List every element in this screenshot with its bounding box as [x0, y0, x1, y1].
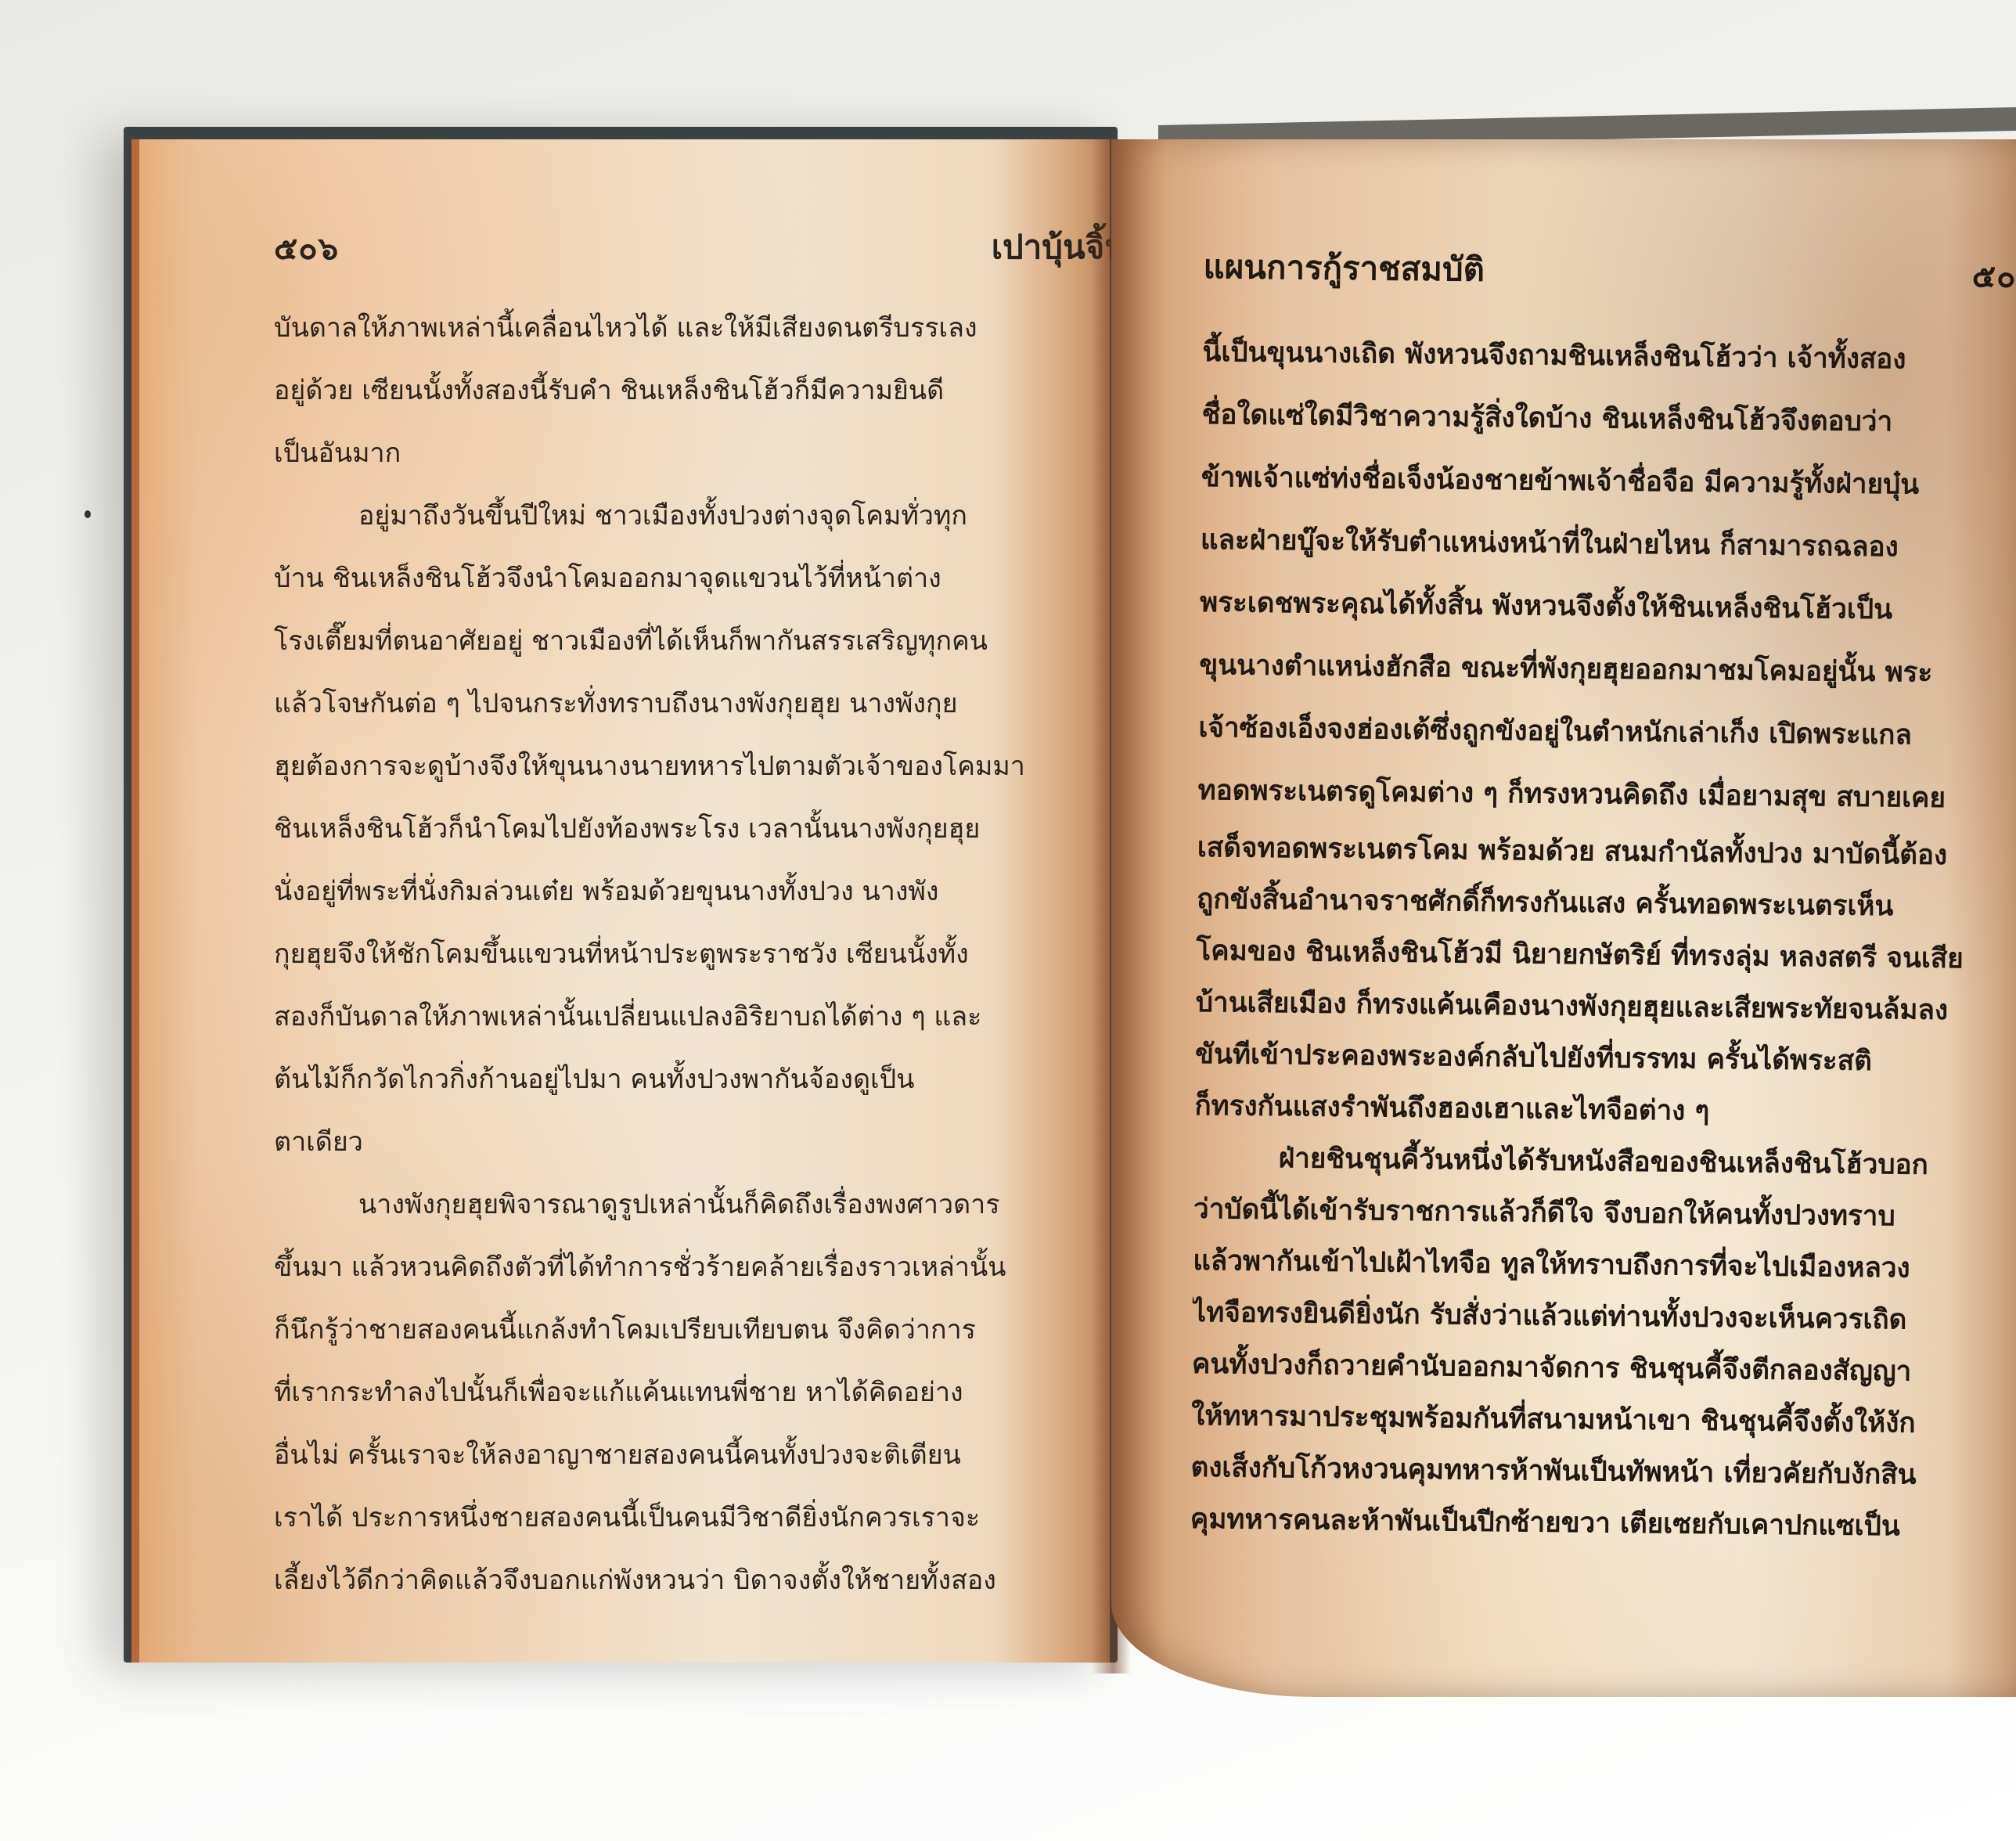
text-line: ต้นไม้ก็กวัดไกวกิ่งก้านอยู่ไปมา คนทั้งปว…: [274, 1048, 1127, 1111]
text-line: เราได้ ประการหนึ่งชายสองคนนี้เป็นคนมีวิช…: [274, 1486, 1127, 1549]
page-number: ๕๐๗: [1971, 250, 2016, 301]
paragraph-start-line: นางพังกุยฮุยพิจารณาดูรูปเหล่านั้นก็คิดถึ…: [274, 1173, 1127, 1236]
paragraph-start-line: ฝ่ายชินชุนคี้วันหนึ่งได้รับหนังสือของชิน…: [1193, 1132, 2016, 1192]
text-line: สองก็บันดาลให้ภาพเหล่านั้นเปลี่ยนแปลงอิร…: [274, 985, 1127, 1048]
text-line: คนทั้งปวงก็ถวายคำนับออกมาจัดการ ชินชุนคี…: [1192, 1338, 2016, 1399]
text-line: อยู่ด้วย เซียนนั้งทั้งสองนี้รับคำ ชินเหล…: [274, 359, 1127, 422]
text-line: ว่าบัดนี้ได้เข้ารับราชการแล้วก็ดีใจ จึงบ…: [1193, 1183, 2016, 1244]
text-line: นี้เป็นขุนนางเถิด พังหวนจึงถามชินเหล็งชิ…: [1202, 321, 2016, 392]
left-page-content: ๕๐๖ เปาบุ้นจิ้น บันดาลให้ภาพเหล่านี้เคลื…: [274, 222, 1127, 1612]
text-line: แล้วพากันเข้าไปเฝ้าไทจือ ทูลให้ทราบถึงกา…: [1193, 1235, 2016, 1295]
text-line: ไทจือทรงยินดียิ่งนัก รับสั่งว่าแล้วแต่ท่…: [1192, 1287, 2016, 1347]
text-line: เจ้าซ้องเอ็งจงฮ่องเต้ซึ่งถูกขังอยู่ในตำห…: [1198, 697, 2016, 768]
right-page-header: แผนการกู้ราชสมบัติ ๕๐๗: [1203, 241, 2016, 301]
text-line: ฮุยต้องการจะดูบ้างจึงให้ขุนนางนายทหารไปต…: [274, 735, 1127, 798]
text-line: ที่เรากระทำลงไปนั้นก็เพื่อจะแก้แค้นแทนพี…: [274, 1361, 1127, 1424]
text-line: บ้าน ชินเหล็งชินโฮ้วจึงนำโคมออกมาจุดแขวน…: [274, 547, 1127, 610]
page-number: ๕๐๖: [274, 223, 339, 273]
text-line: กุยฮุยจึงให้ชักโคมขึ้นแขวนที่หน้าประตูพร…: [274, 923, 1127, 985]
text-line: นั่งอยู่ที่พระที่นั่งกิมล่วนเต๋ย พร้อมด้…: [274, 860, 1127, 923]
text-line: ถูกขังสิ้นอำนาจราชศักดิ์ก็ทรงกันแสง ครั้…: [1197, 874, 2016, 934]
text-line: ตาเดียว: [274, 1111, 1127, 1173]
text-line: ชื่อใดแซ่ใดมีวิชาความรู้สิ่งใดบ้าง ชินเห…: [1201, 384, 2016, 455]
text-line: คุมทหารคนละห้าพันเป็นปีกซ้ายขวา เตียเซยก…: [1190, 1493, 2016, 1554]
text-line: ขึ้นมา แล้วหวนคิดถึงตัวที่ได้ทำการชั่วร้…: [274, 1236, 1127, 1299]
text-line: ข้าพเจ้าแซ่ท่งชื่อเจ็งน้องชายข้าพเจ้าชื่…: [1201, 446, 2016, 517]
text-line: โรงเตี๊ยมที่ตนอาศัยอยู่ ชาวเมืองที่ได้เห…: [274, 610, 1127, 672]
text-line: และฝ่ายบู๊จะให้รับตำแหน่งหน้าที่ในฝ่ายไห…: [1201, 509, 2016, 580]
text-line: ก็นึกรู้ว่าชายสองคนนี้แกล้งทำโคมเปรียบเท…: [274, 1299, 1127, 1361]
text-line: เสด็จทอดพระเนตรโคม พร้อมด้วย สนมกำนัลทั้…: [1197, 822, 2016, 882]
open-book: ๕๐๖ เปาบุ้นจิ้น บันดาลให้ภาพเหล่านี้เคลื…: [0, 0, 2016, 1841]
running-title: แผนการกู้ราชสมบัติ: [1203, 241, 1485, 296]
text-line: ขันทีเข้าประคองพระองค์กลับไปยังที่บรรทม …: [1195, 1029, 2016, 1089]
left-page: ๕๐๖ เปาบุ้นจิ้น บันดาลให้ภาพเหล่านี้เคลื…: [131, 139, 1110, 1663]
text-line: บ้านเสียเมือง ก็ทรงแค้นเคืองนางพังกุยฮุย…: [1195, 977, 2016, 1037]
text-line: อื่นไม่ ครั้นเราจะให้ลงอาญาชายสองคนนี้คน…: [274, 1424, 1127, 1486]
paragraph-start-line: อยู่มาถึงวันขึ้นปีใหม่ ชาวเมืองทั้งปวงต่…: [274, 485, 1127, 547]
text-line: ก็ทรงกันแสงรำพันถึงฮองเฮาและไทจือต่าง ๆ: [1194, 1080, 2016, 1140]
text-line: ขุนนางตำแหน่งฮักสือ ขณะที่พังกุยฮุยออกมา…: [1199, 634, 2016, 705]
text-line: ให้ทหารมาประชุมพร้อมกันที่สนามหน้าเขา ชิ…: [1191, 1390, 2016, 1450]
text-line: ตงเส็งกับโก้วหงวนคุมทหารห้าพันเป็นทัพหน้…: [1190, 1442, 2016, 1502]
text-line: เป็นอันมาก: [274, 422, 1127, 485]
text-line: โคมของ ชินเหล็งชินโฮ้วมี นิยายกษัตริย์ ท…: [1196, 925, 2016, 985]
left-page-header: ๕๐๖ เปาบุ้นจิ้น: [274, 222, 1127, 273]
text-line: เลี้ยงไว้ดีกว่าคิดแล้วจึงบอกแก่พังหวนว่า…: [274, 1549, 1127, 1612]
background-speck: [85, 510, 91, 518]
text-line: พระเดชพระคุณได้ทั้งสิ้น พังหวนจึงตั้งให้…: [1200, 571, 2016, 643]
text-line: บันดาลให้ภาพเหล่านี้เคลื่อนไหวได้ และให้…: [274, 297, 1127, 359]
right-page-content: แผนการกู้ราชสมบัติ ๕๐๗ นี้เป็นขุนนางเถิด…: [1190, 241, 2016, 1554]
text-line: ชินเหล็งชินโฮ้วก็นำโคมไปยังท้องพระโรง เว…: [274, 798, 1127, 860]
text-line: แล้วโจษกันต่อ ๆ ไปจนกระทั่งทราบถึงนางพัง…: [274, 672, 1127, 735]
text-line: ทอดพระเนตรดูโคมต่าง ๆ ก็ทรงหวนคิดถึง เมื…: [1197, 759, 2016, 830]
right-page: แผนการกู้ราชสมบัติ ๕๐๗ นี้เป็นขุนนางเถิด…: [1111, 139, 2016, 1697]
